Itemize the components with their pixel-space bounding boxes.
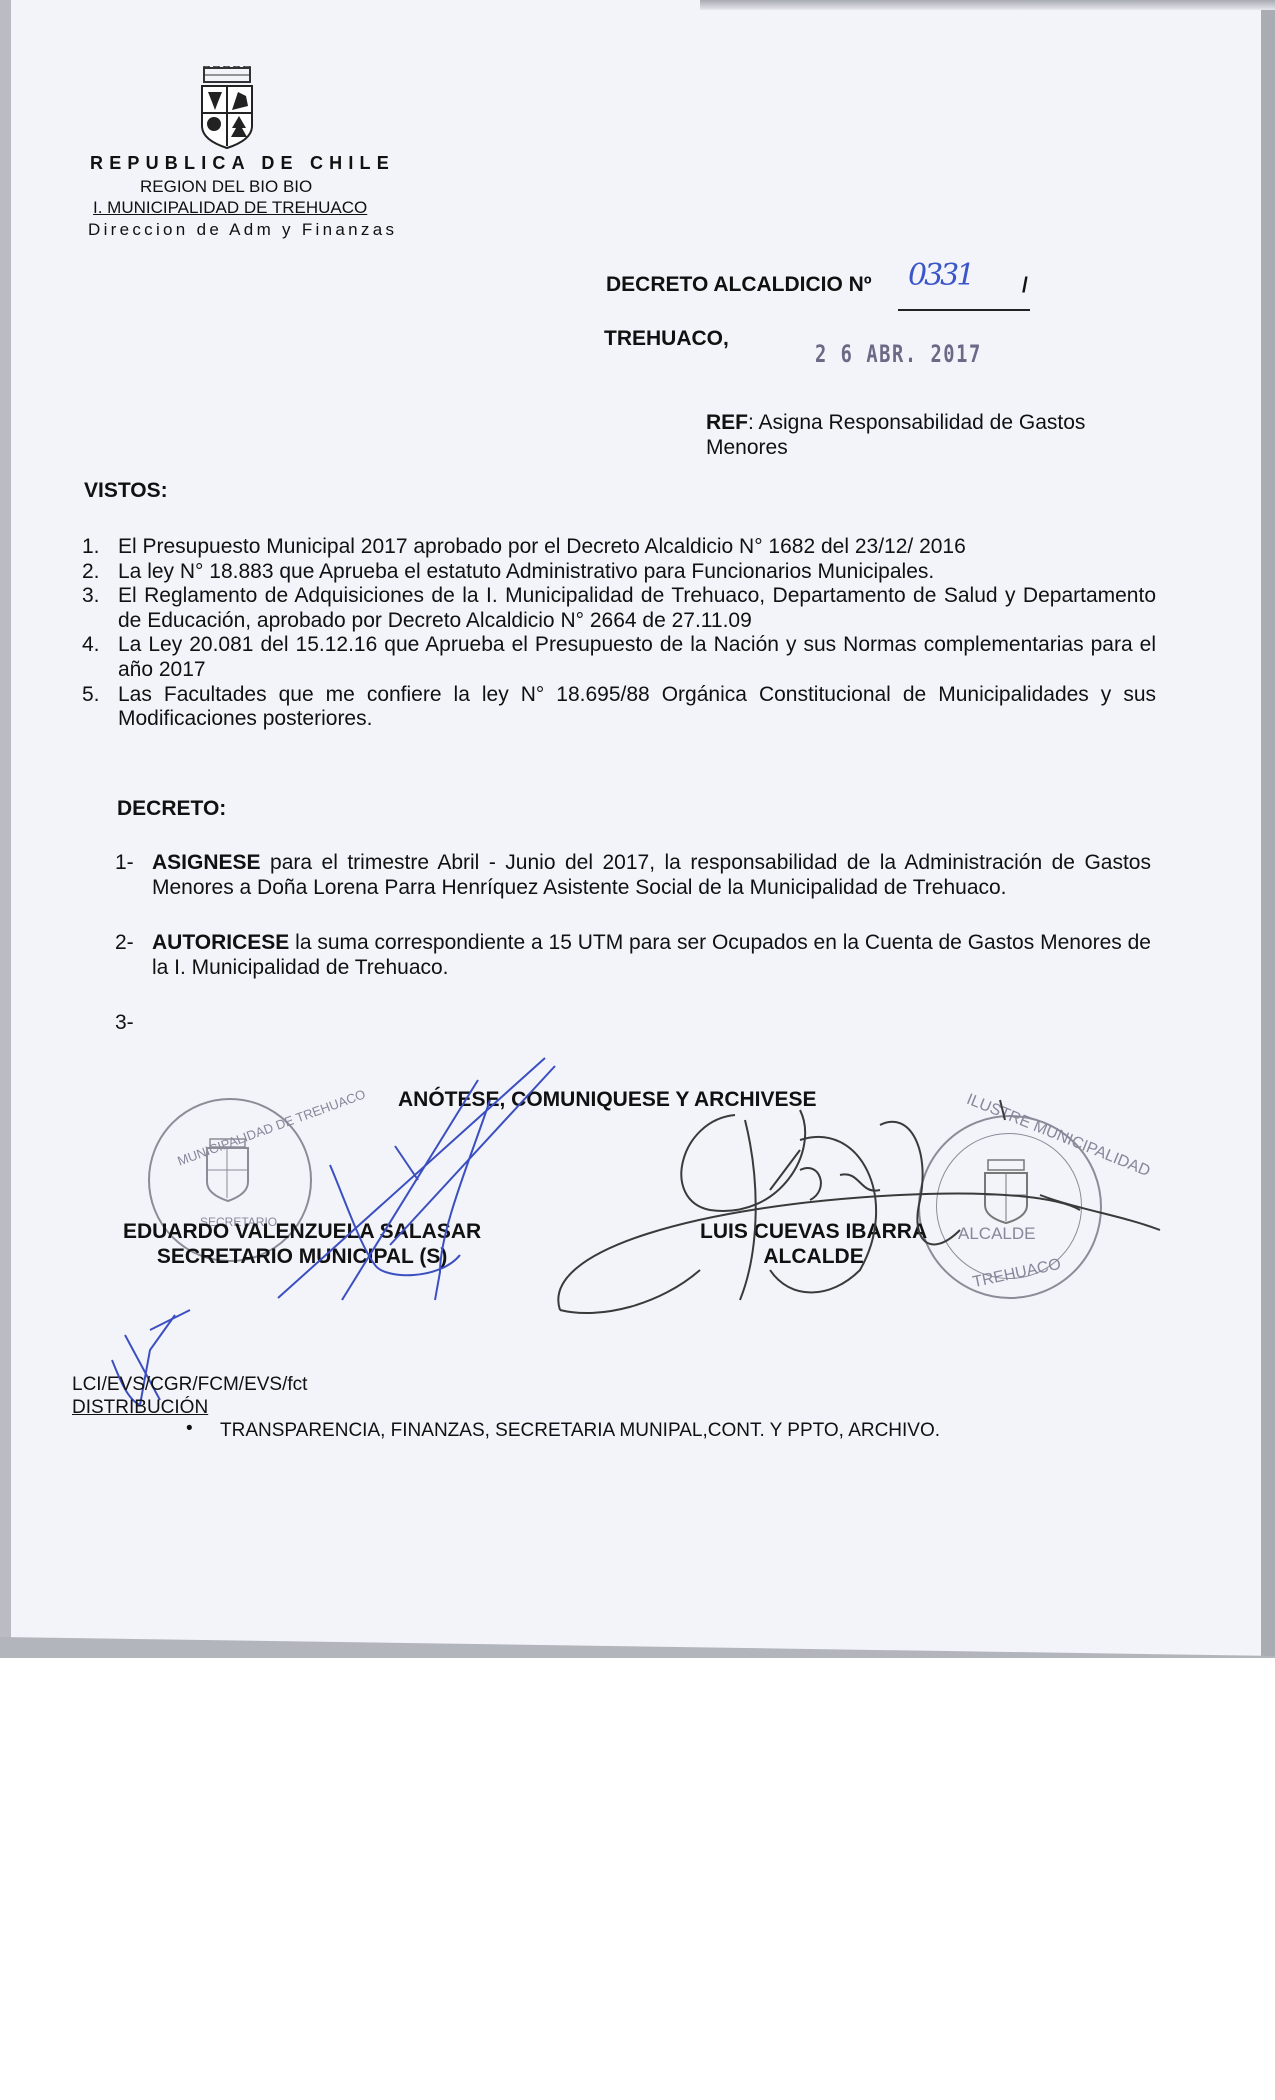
mayor-stamp: ILUSTRE MUNICIPALIDAD ALCALDE TREHUACO <box>918 1115 1102 1299</box>
signatory-name: LUIS CUEVAS IBARRA <box>700 1219 927 1244</box>
bullet-icon: • <box>186 1418 193 1440</box>
reference-label: REF <box>706 411 748 434</box>
decreto-item: 2-AUTORICESE la suma correspondiente a 1… <box>115 931 1151 980</box>
signatory-role: ALCALDE <box>700 1244 927 1269</box>
vistos-list: 1.El Presupuesto Municipal 2017 aprobado… <box>82 535 1156 732</box>
decreto-item: 3- <box>115 1011 1151 1036</box>
header-region: REGION DEL BIO BIO <box>140 177 312 197</box>
scan-edge-right <box>1261 0 1275 1658</box>
date-stamp: 2 6 ABR. 2017 <box>815 340 982 368</box>
header-municipality: I. MUNICIPALIDAD DE TREHUACO <box>93 198 367 218</box>
scanned-page: REPUBLICA DE CHILE REGION DEL BIO BIO I.… <box>0 0 1275 1658</box>
signatory-name: EDUARDO VALENZUELA SALASAR <box>123 1219 481 1244</box>
signatory-secretary: EDUARDO VALENZUELA SALASAR SECRETARIO MU… <box>123 1219 481 1269</box>
stamp-crest-icon <box>205 1138 250 1203</box>
reference: REF: Asigna Responsabilidad de Gastos Me… <box>706 410 1146 460</box>
initials-line: LCI/EVS/CGR/FCM/EVS/fct <box>72 1374 307 1396</box>
decreto-item: 1-ASIGNESE para el trimestre Abril - Jun… <box>115 851 1151 900</box>
reference-text: : Asigna Responsabilidad de Gastos Menor… <box>706 411 1085 459</box>
vistos-item: 3.El Reglamento de Adquisiciones de la I… <box>82 584 1156 633</box>
decree-place: TREHUACO, <box>604 327 729 351</box>
signatory-role: SECRETARIO MUNICIPAL (S) <box>123 1244 481 1269</box>
signatory-mayor: LUIS CUEVAS IBARRA ALCALDE <box>700 1219 927 1269</box>
vistos-heading: VISTOS: <box>84 479 168 503</box>
coat-of-arms-icon <box>198 66 256 150</box>
scan-edge-left <box>0 0 11 1658</box>
decree-title: DECRETO ALCALDICIO Nº <box>606 273 872 297</box>
decree-number-line <box>898 309 1030 311</box>
vistos-item: 5.Las Facultades que me confiere la ley … <box>82 683 1156 732</box>
scan-edge-bottom <box>0 1637 1275 1658</box>
decree-number-handwritten: 0331 <box>908 258 972 293</box>
header-department: Direccion de Adm y Finanzas <box>88 220 397 240</box>
stamp-crest-icon <box>982 1159 1030 1225</box>
vistos-item: 2.La ley N° 18.883 que Aprueba el estatu… <box>82 560 1156 585</box>
decreto-heading: DECRETO: <box>117 797 226 821</box>
decree-slash: / <box>1022 274 1028 298</box>
closing-formula: ANÓTESE, COMUNIQUESE Y ARCHIVESE <box>398 1088 817 1112</box>
vistos-item: 4.La Ley 20.081 del 15.12.16 que Aprueba… <box>82 633 1156 682</box>
decreto-list: 1-ASIGNESE para el trimestre Abril - Jun… <box>115 851 1151 1067</box>
scan-edge-top <box>700 0 1275 10</box>
distribution-list: TRANSPARENCIA, FINANZAS, SECRETARIA MUNI… <box>220 1420 940 1442</box>
header-country: REPUBLICA DE CHILE <box>90 153 395 174</box>
vistos-item: 1.El Presupuesto Municipal 2017 aprobado… <box>82 535 1156 560</box>
distribution-heading: DISTRIBUCIÓN <box>72 1397 208 1419</box>
